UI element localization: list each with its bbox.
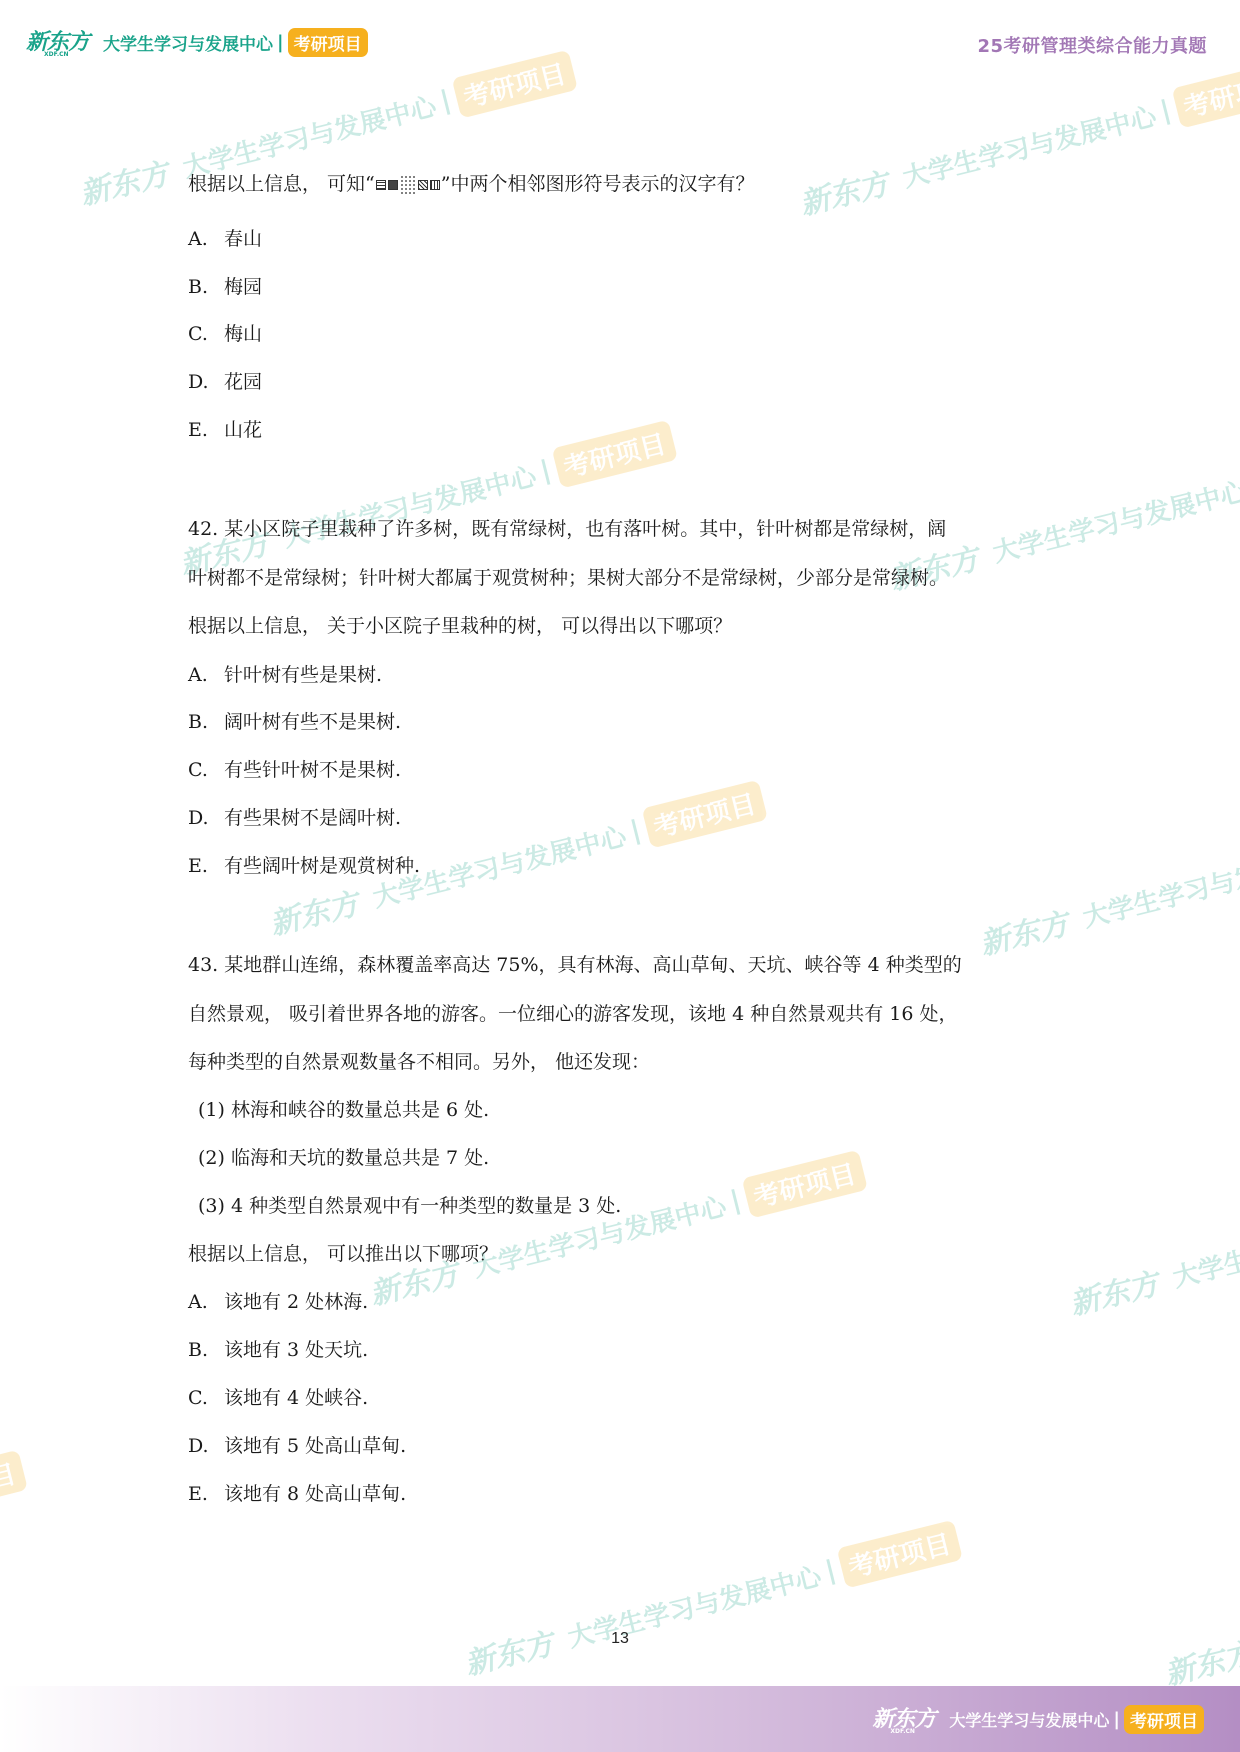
watermark-separator: | — [627, 815, 643, 846]
option-letter: E. — [188, 418, 224, 442]
hatched-box-icon — [418, 180, 428, 190]
condition-1: (1) 林海和峡谷的数量总共是 6 处. — [198, 1098, 489, 1122]
watermark-separator: | — [822, 1555, 838, 1586]
option-letter: A. — [188, 227, 224, 251]
question-42-prompt: 根据以上信息， 关于小区院子里栽种的树， 可以得出以下哪项？ — [188, 614, 732, 638]
xdf-logo: 新东方 XDF.CN — [872, 1709, 935, 1731]
option-letter: B. — [188, 275, 224, 299]
watermark-separator: | — [727, 1185, 743, 1216]
option-e[interactable]: E.该地有 8 处高山草甸. — [188, 1482, 406, 1506]
center-name: 大学生学习与发展中心 — [103, 30, 273, 55]
watermark-logo: 新东方 — [975, 899, 1073, 963]
option-b[interactable]: B.该地有 3 处天坑. — [188, 1338, 368, 1362]
option-letter: C. — [188, 322, 224, 346]
option-letter: E. — [188, 1482, 224, 1506]
question-43-stem: 43. 某地群山连绵，森林覆盖率高达 75%，具有林海、高山草甸、天坑、峡谷等 … — [188, 953, 962, 977]
page-footer: 新东方 XDF.CN 大学生学习与发展中心 | 考研项目 — [0, 1686, 1240, 1752]
dotted-box-icon — [400, 175, 416, 195]
option-c[interactable]: C.该地有 4 处峡谷. — [188, 1386, 368, 1410]
option-c[interactable]: C.梅山 — [188, 322, 262, 346]
watermark-text: 大学生学习与发展中心 — [988, 471, 1240, 570]
option-text: 阔叶树有些不是果树. — [224, 711, 401, 733]
watermark-badge: 考研项目 — [641, 779, 767, 848]
option-letter: A. — [188, 663, 224, 687]
vertical-striped-box-icon — [430, 180, 440, 190]
option-letter: C. — [188, 1386, 224, 1410]
watermark-text: 大学生学习与发展中心 — [1078, 836, 1240, 935]
logo-subtext: XDF.CN — [44, 52, 69, 58]
solid-box-icon — [388, 180, 398, 190]
brand-separator: | — [277, 32, 284, 53]
question-42-stem: 42. 某小区院子里栽种了许多树，既有常绿树，也有落叶树。其中，针叶树都是常绿树… — [188, 517, 946, 541]
question-42-stem: 叶树都不是常绿树；针叶树大都属于观赏树种；果树大部分不是常绿树，少部分是常绿树。 — [188, 566, 948, 590]
watermark: 新东方 大学生学习与发展中心 | 考研项目 — [175, 418, 678, 583]
option-letter: D. — [188, 1434, 224, 1458]
prompt-text: 根据以上信息， 可知“ — [188, 173, 375, 195]
option-d[interactable]: D.该地有 5 处高山草甸. — [188, 1434, 406, 1458]
option-letter: E. — [188, 854, 224, 878]
watermark-text: 大学生学习与发展中心 — [1168, 1196, 1240, 1295]
question-41-prompt: 根据以上信息， 可知“”中两个相邻图形符号表示的汉字有？ — [188, 172, 754, 196]
option-text: 梅园 — [224, 276, 262, 298]
option-text: 春山 — [224, 228, 262, 250]
condition-3: (3) 4 种类型自然景观中有一种类型的数量是 3 处. — [198, 1194, 621, 1218]
option-text: 山花 — [224, 419, 262, 441]
watermark-badge: 考研项目 — [551, 419, 677, 488]
watermark: 新东方 大学生学习与发展中心 | 考研项目 — [1065, 1158, 1240, 1323]
option-letter: B. — [188, 710, 224, 734]
option-letter: A. — [188, 1290, 224, 1314]
condition-2: (2) 临海和天坑的数量总共是 7 处. — [198, 1146, 489, 1170]
watermark-badge: 考研项目 — [0, 1449, 27, 1518]
watermark-separator: | — [537, 455, 553, 486]
option-text: 该地有 5 处高山草甸. — [224, 1435, 406, 1457]
page-header: 新东方 XDF.CN 大学生学习与发展中心 | 考研项目 25考研管理类综合能力… — [0, 0, 1240, 70]
option-text: 花园 — [224, 371, 262, 393]
option-text: 该地有 8 处高山草甸. — [224, 1483, 406, 1505]
option-letter: B. — [188, 1338, 224, 1362]
watermark: 新东方 大学生学习与发展中心 | 考研项目 — [0, 1448, 28, 1613]
option-d[interactable]: D.有些果树不是阔叶树. — [188, 806, 401, 830]
option-d[interactable]: D.花园 — [188, 370, 262, 394]
option-text: 针叶树有些是果树. — [224, 664, 382, 686]
footer-brand: 新东方 XDF.CN 大学生学习与发展中心 | 考研项目 — [872, 1705, 1204, 1734]
option-text: 该地有 4 处峡谷. — [224, 1387, 368, 1409]
watermark: 新东方 大学生学习与发展中心 | 考研项目 — [460, 1518, 963, 1683]
question-43-prompt: 根据以上信息， 可以推出以下哪项？ — [188, 1242, 498, 1266]
question-43-stem: 自然景观， 吸引着世界各地的游客。一位细心的游客发现，该地 4 种自然景观共有 … — [188, 1002, 957, 1026]
option-e[interactable]: E.有些阔叶树是观赏树种. — [188, 854, 420, 878]
striped-box-icon — [376, 180, 386, 190]
page-number: 13 — [0, 1630, 1240, 1648]
option-text: 该地有 2 处林海. — [224, 1291, 368, 1313]
option-a[interactable]: A.该地有 2 处林海. — [188, 1290, 368, 1314]
watermark-logo: 新东方 — [75, 149, 173, 213]
brand-separator: | — [1113, 1709, 1120, 1730]
prompt-text: ”中两个相邻图形符号表示的汉字有？ — [441, 173, 755, 195]
watermark-badge: 考研项目 — [836, 1519, 962, 1588]
option-letter: D. — [188, 370, 224, 394]
option-b[interactable]: B.阔叶树有些不是果树. — [188, 710, 401, 734]
option-text: 有些果树不是阔叶树. — [224, 807, 401, 829]
document-title: 25考研管理类综合能力真题 — [977, 32, 1207, 58]
watermark-logo: 新东方 — [460, 1619, 558, 1683]
option-a[interactable]: A.针叶树有些是果树. — [188, 663, 382, 687]
option-b[interactable]: B.梅园 — [188, 275, 262, 299]
watermark-badge: 考研项目 — [741, 1149, 867, 1218]
option-text: 梅山 — [224, 323, 262, 345]
option-letter: C. — [188, 758, 224, 782]
option-letter: D. — [188, 806, 224, 830]
watermark-separator: | — [1157, 95, 1173, 126]
xdf-logo: 新东方 XDF.CN — [26, 32, 89, 54]
watermark-logo: 新东方 — [1065, 1259, 1163, 1323]
option-text: 有些阔叶树是观赏树种. — [224, 855, 420, 877]
watermark-logo: 新东方 — [795, 159, 893, 223]
watermark: 新东方 大学生学习与发展中心 | 考研项目 — [975, 798, 1240, 963]
option-text: 有些针叶树不是果树. — [224, 759, 401, 781]
watermark-text: 大学生学习与发展中心 — [898, 96, 1159, 195]
watermark: 新东方 大学生学习与发展中心 | 考研项目 — [795, 58, 1240, 223]
option-e[interactable]: E.山花 — [188, 418, 262, 442]
question-43-stem: 每种类型的自然景观数量各不相同。另外， 他还发现： — [188, 1050, 650, 1074]
header-brand: 新东方 XDF.CN 大学生学习与发展中心 | 考研项目 — [26, 28, 368, 57]
center-name: 大学生学习与发展中心 — [949, 1708, 1109, 1731]
option-a[interactable]: A.春山 — [188, 227, 262, 251]
project-badge: 考研项目 — [288, 28, 368, 57]
project-badge: 考研项目 — [1124, 1705, 1204, 1734]
watermark-text: 大学生学习与发展中心 — [178, 86, 439, 185]
option-c[interactable]: C.有些针叶树不是果树. — [188, 758, 401, 782]
watermark-separator: | — [437, 85, 453, 116]
logo-subtext: XDF.CN — [890, 1729, 915, 1735]
watermark-logo: 新东方 — [265, 879, 363, 943]
watermark: 新东方 大学生学习与发展中心 | 考研项目 — [365, 1148, 868, 1313]
option-text: 该地有 3 处天坑. — [224, 1339, 368, 1361]
